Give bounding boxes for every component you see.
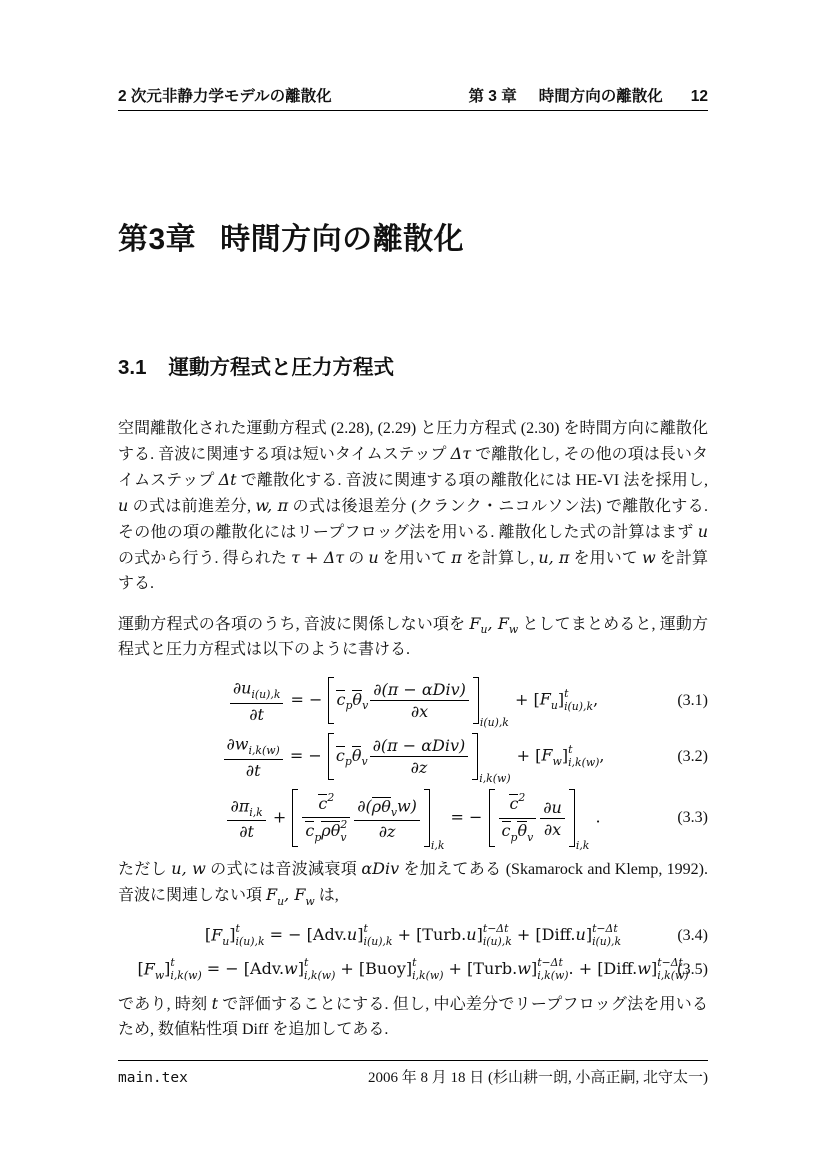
header-chapter-label: 第 3 章 [469,88,517,105]
math-var: i(u),k [564,700,593,713]
math-overbar: θ [352,746,362,765]
header-chapter-title: 時間方向の離散化 [539,88,663,105]
math-var: Δt [219,470,237,489]
math-var: ∂z [411,758,428,777]
math-var: t [363,922,367,935]
math-scripts: ti,k(w) [412,957,443,982]
math-denominator: ∂t [230,704,284,724]
math-var: ∂u [543,798,562,817]
math-scripts: 2v [340,819,347,844]
math-var: F [469,614,480,633]
math-base: θ [352,690,362,709]
math-base: [Diff.w] [597,959,657,978]
math-scripted: θv [381,795,397,819]
math-scripted: [Turb.u]t−Δti(u),k [416,923,512,948]
math-subscript: v [527,832,533,845]
math-base: F [540,690,551,709]
math-numerator: ∂(ρθvw) [354,795,420,821]
math-var: i,k(w) [568,756,599,769]
math-subscript: v [340,832,347,845]
math-var: θ [331,821,341,840]
math-var: w) [397,797,417,816]
math-var: ρ [372,797,381,816]
math-var: v [362,699,368,712]
math-overbar: c [502,821,511,840]
math-text: [Adv. [307,925,347,944]
math-subscript: w [509,624,518,637]
math-scripted: [Diff.w]t−Δti,k(w) [597,957,688,982]
right-bracket [473,677,479,724]
math-var: ∂(π − αDiv) [373,680,466,699]
math-numerator: ∂(π − αDiv) [370,736,469,757]
math-var: t [568,743,572,756]
equation-row: ∂ui(u),k∂t = − cpθv∂(π − αDiv)∂xi(u),k +… [118,677,708,724]
math-scripted: [Fu]ti(u),k [533,688,593,713]
math-var: w [305,895,314,908]
math-var: 2 [340,818,347,831]
math-var: t [412,956,416,969]
math-base: c [336,746,345,765]
math-denominator: cpρθ2v [302,818,350,844]
math-scripted: [Adv.u]ti(u),k [307,923,393,948]
math-fraction: c2cpθv [499,792,537,844]
math-text: = − [265,925,307,944]
equation-number: (3.5) [677,961,708,979]
math-denominator: ∂x [370,701,469,721]
inline-math: Fu, Fw [266,885,315,904]
math-var: ∂t [249,705,264,724]
math-text: + [335,959,359,978]
math-var: v [340,831,346,844]
math-scripted: cp [336,688,352,712]
math-base: [Buoy] [359,959,412,978]
math-var: u [551,699,558,712]
bracket-body: cpθv∂(π − αDiv)∂z [334,733,472,780]
inline-math: τ + Δτ [291,548,344,567]
math-var: ρ [321,821,330,840]
math-var: i,k [576,839,590,852]
equation: [Fw]ti,k(w) = − [Adv.w]ti,k(w) + [Buoy]t… [118,957,708,982]
math-var: Δτ [451,444,471,463]
math-var: w, π [255,496,288,515]
math-fraction: ∂πi,k∂t [227,795,265,841]
equation-number: (3.4) [677,927,708,945]
math-var: t [304,956,308,969]
math-var: F [540,690,551,709]
math-subscript: p [511,832,518,845]
math-var: i(u),k [592,935,621,948]
math-text: [Buoy] [359,959,412,978]
math-var: u [368,548,378,567]
math-denominator: ∂z [370,757,469,777]
inline-math: w [642,548,656,567]
right-bracket [424,789,430,847]
inline-math: αDiv [361,859,399,878]
math-subscript: p [345,756,352,769]
math-scripts: i,k(w) [248,733,279,757]
math-fraction: ∂ui(u),k∂t [230,677,284,723]
math-var: t [564,687,568,700]
math-text: , [599,746,604,765]
math-var: F [211,925,222,944]
math-scripts: v [527,820,533,844]
math-var: π [451,548,462,567]
inline-math: t [212,994,218,1013]
math-scripted: cp [336,744,352,768]
math-scripted: c2 [318,792,334,816]
bracket-body: c2cpρθ2v∂(ρθvw)∂z [298,789,424,847]
math-var: w [155,969,164,982]
header-chapter-mark: 第 3 章時間方向の離散化 [469,84,663,106]
math-base: c [305,821,314,840]
math-text: + [268,808,292,827]
math-var: p [345,699,352,712]
math-subscript [518,805,525,817]
document-page: 2 次元非静力学モデルの離散化 第 3 章時間方向の離散化 12 第3章時間方向… [0,0,826,1169]
math-var: u [576,925,586,944]
math-var: w [553,755,562,768]
math-bracket: cpθv∂(π − αDiv)∂z [328,733,478,780]
paragraph: であり, 時刻 t で評価することにする. 但し, 中心差分でリープフロッグ法を… [118,991,708,1042]
math-scripted: [Turb.w]t−Δti,k(w) [467,957,568,982]
equation-row: [Fu]ti(u),k = − [Adv.u]ti(u),k + [Turb.u… [118,923,708,948]
math-var: w [637,959,651,978]
math-scripts: 2 [327,792,334,816]
math-var: i,k(w) [304,969,335,982]
math-var: θ [352,690,362,709]
bracket-subscript: i,k [431,839,445,852]
math-denominator: ∂x [540,819,565,839]
math-base: ∂u [233,679,252,698]
math-var: ∂z [379,822,396,841]
math-numerator: ∂wi,k(w) [224,733,283,759]
math-var: v [527,831,533,844]
math-subscript: p [345,700,352,713]
math-bracket: c2cpρθ2v∂(ρθvw)∂z [292,789,430,847]
math-scripted: [Diff.u]t−Δti(u),k [535,923,621,948]
math-base: [Diff.u] [535,925,592,944]
math-scripted: Fw [144,958,164,982]
math-base: θ [331,821,341,840]
math-subscript: w [305,896,314,909]
math-text: = − [285,746,327,765]
bracket-body: c2cpθv∂u∂x [495,789,569,847]
math-scripts: t−Δti,k(w) [537,957,568,982]
math-var: i(u),k [363,935,392,948]
math-scripts: i,k [249,795,263,819]
math-base: [Fu] [533,690,564,709]
math-scripted: Fu [266,882,284,908]
inline-math: w, π [255,496,288,515]
math-var: w [284,959,298,978]
math-subscript: i,k [249,807,263,820]
math-scripted: Fu [540,688,558,712]
math-scripts: w [155,958,164,982]
bracket-subscript: i,k [576,839,590,852]
math-scripted: Fw [498,611,518,637]
math-var: u [466,925,476,944]
math-subscript: i(u),k [251,689,280,702]
math-scripted: [Fw]ti,k(w) [137,957,201,982]
math-var: v [361,755,367,768]
math-text: [Turb. [416,925,466,944]
math-text: [Diff. [597,959,637,978]
math-base: θ [381,797,391,816]
math-denominator: ∂t [224,760,283,780]
paragraph: ただし u, w の式には音波減衰項 αDiv を加えてある (Skamaroc… [118,856,708,908]
page-number: 12 [691,88,708,106]
math-fraction: ∂(π − αDiv)∂z [370,736,469,777]
math-scripted: cp [305,820,321,844]
equation-number: (3.1) [677,692,708,710]
footer-line: main.tex 2006 年 8 月 18 日 (杉山耕一朗, 小高正嗣, 北… [118,1066,708,1087]
inline-math: u, π [538,548,569,567]
math-var: i,k(w) [537,969,568,982]
inline-math: π [451,548,462,567]
math-var: , [284,885,294,904]
math-var: ∂u [233,679,252,698]
math-scripted: θv [517,820,533,844]
math-var: i,k [431,839,445,852]
math-scripted: c2 [509,792,525,816]
math-base: F [266,885,277,904]
math-denominator: ∂z [354,821,420,841]
math-base: [Turb.w] [467,959,537,978]
math-var: ∂(π − αDiv) [373,736,466,755]
math-scripts: v [362,688,368,712]
header-rule [118,110,708,111]
math-var: i(u),k [480,716,509,729]
math-base: [Adv.w] [244,959,304,978]
math-bracket-group: cpθv∂(π − αDiv)∂zi,k(w) [328,733,511,780]
math-var: ∂( [357,797,372,816]
math-var: u [698,522,708,541]
bracket-subscript: i,k(w) [479,772,510,785]
math-overbar: θ [331,821,341,840]
math-var: w [642,548,656,567]
inline-math: u [118,496,128,515]
math-scripts: w [509,612,518,636]
math-scripts: ti(u),k [564,688,593,713]
footer-date-authors: 2006 年 8 月 18 日 (杉山耕一朗, 小高正嗣, 北守太一) [368,1066,708,1087]
math-subscript: i,k(w) [248,745,279,758]
math-base: F [294,885,305,904]
math-fraction: ∂(π − αDiv)∂x [370,680,469,721]
math-base: c [318,794,327,813]
math-var: c [305,821,314,840]
math-text: [Turb. [467,959,517,978]
math-subscript: i,k(w) [412,970,443,983]
math-numerator: ∂πi,k [227,795,265,821]
math-numerator: ∂ui(u),k [230,677,284,703]
math-base: [Fw] [137,959,170,978]
math-bracket: cpθv∂(π − αDiv)∂x [328,677,478,724]
math-scripts: t−Δti(u),k [483,923,512,948]
math-scripts: w [305,884,314,908]
math-var: ∂t [246,761,261,780]
math-overbar: c [318,794,327,813]
math-subscript: i,k(w) [304,970,335,983]
math-text: + [443,959,467,978]
math-scripted: Fw [541,744,561,768]
math-var: t [212,994,218,1013]
math-var: u [347,925,357,944]
math-var: F [266,885,277,904]
footer-rule [118,1060,708,1061]
math-var: i,k [249,806,263,819]
math-scripts: p [345,688,352,712]
math-base: F [211,925,222,944]
math-var: c [318,794,327,813]
math-scripted: ∂wi,k(w) [227,733,280,757]
math-subscript: v [362,700,368,713]
math-base: F [498,614,509,633]
math-bracket-group: c2cpρθ2v∂(ρθvw)∂zi,k [292,789,444,847]
inline-math: u [698,522,708,541]
page-content: 2 次元非静力学モデルの離散化 第 3 章時間方向の離散化 12 第3章時間方向… [118,0,708,1057]
math-overbar: ρ [372,797,381,816]
math-var: i,k(w) [170,969,201,982]
math-subscript: i(u),k [592,936,621,949]
equation-row: ∂πi,k∂t + c2cpρθ2v∂(ρθvw)∂zi,k = − c2cpθ… [118,789,708,847]
math-var: c [502,821,511,840]
math-scripted: Fu [469,611,487,637]
math-text: , [593,690,598,709]
math-subscript: i,k(w) [568,757,599,770]
math-text: [Diff. [535,925,575,944]
math-subscript: u [551,700,558,713]
equation: ∂wi,k(w)∂t = − cpθv∂(π − αDiv)∂zi,k(w) +… [118,733,708,780]
math-var: i(u),k [483,935,512,948]
math-var: t−Δt [537,956,563,969]
math-var: i,k(w) [479,772,510,785]
math-superscript: 2 [518,792,525,805]
equation: ∂πi,k∂t + c2cpρθ2v∂(ρθvw)∂zi,k = − c2cpθ… [118,789,708,847]
math-var: p [511,831,518,844]
math-base: θ [352,746,362,765]
math-text: + [512,746,536,765]
inline-math: Δt [219,470,237,489]
equation-number: (3.2) [677,748,708,766]
math-subscript: v [361,756,367,769]
math-text: + [512,925,536,944]
math-text: [Adv. [244,959,284,978]
math-var: F [144,959,155,978]
chapter-number: 第3章 [118,223,196,256]
math-var: ∂π [230,797,249,816]
math-var: i,k(w) [248,744,279,757]
math-scripted: ∂ui(u),k [233,677,281,701]
math-numerator: ∂(π − αDiv) [370,680,469,701]
math-scripts: ti,k(w) [568,744,599,769]
math-var: ∂x [411,702,428,721]
math-var: ∂x [544,820,561,839]
math-scripts: u [551,688,558,712]
math-bracket-group: cpθv∂(π − αDiv)∂xi(u),k [328,677,508,724]
math-var: i(u),k [251,688,280,701]
math-numerator: c2 [499,792,537,818]
math-var: θ [517,821,527,840]
equation: [Fu]ti(u),k = − [Adv.u]ti(u),k + [Turb.u… [118,923,708,948]
math-subscript: i(u),k [564,701,593,714]
math-var: , [487,614,497,633]
math-var: u, π [538,548,569,567]
math-numerator: c2 [302,792,350,818]
math-base: [Fu] [205,925,236,944]
math-var: 2 [327,791,334,804]
inline-math: u, w [171,859,206,878]
math-var: F [294,885,305,904]
math-scripts: ti,k(w) [170,957,201,982]
math-base: F [144,959,155,978]
math-subscript: i(u),k [236,936,265,949]
math-scripts: w [553,744,562,768]
math-var: θ [381,797,391,816]
math-scripted: cp [502,820,518,844]
math-scripted: θv [352,744,368,768]
math-var: u, w [171,859,206,878]
math-scripts: v [361,744,367,768]
math-scripts: p [345,744,352,768]
math-subscript: i(u),k [363,936,392,949]
math-scripted: [Fw]ti,k(w) [535,744,599,769]
math-scripts: i(u),k [251,677,280,701]
math-overbar: θ [517,821,527,840]
math-var: w [517,959,531,978]
math-subscript: i,k(w) [537,970,568,983]
math-scripted: Fu [211,924,229,948]
math-base: [Adv.u] [307,925,364,944]
math-base: c [502,821,511,840]
math-scripted: [Adv.w]ti,k(w) [244,957,336,982]
math-text: = − [202,959,244,978]
math-var: u [118,496,128,515]
math-var: c [336,746,345,765]
math-subscript [327,805,334,817]
math-base: ∂π [230,797,249,816]
section-title: 運動方程式と圧力方程式 [169,356,395,379]
math-overbar: c [305,821,314,840]
math-base: ∂w [227,735,249,754]
math-scripted: [Fu]ti(u),k [205,923,265,948]
math-fraction: ∂wi,k(w)∂t [224,733,283,779]
equation-row: ∂wi,k(w)∂t = − cpθv∂(π − αDiv)∂zi,k(w) +… [118,733,708,780]
math-scripts: ti,k(w) [304,957,335,982]
page-header: 2 次元非静力学モデルの離散化 第 3 章時間方向の離散化 12 [118,0,708,106]
bracket-subscript: i(u),k [480,716,509,729]
math-fraction: c2cpρθ2v [302,792,350,844]
math-var: t−Δt [592,922,618,935]
equation-number: (3.3) [677,809,708,827]
math-text: . + [569,959,598,978]
math-subscript: i,k(w) [170,970,201,983]
math-base: c [336,690,345,709]
math-var: τ + Δτ [291,548,344,567]
math-var: t [170,956,174,969]
math-base: F [469,614,480,633]
math-numerator: ∂u [540,798,565,819]
math-text: + [392,925,416,944]
math-denominator: cpθv [499,819,537,844]
math-var: θ [352,746,362,765]
inline-math: Δτ [451,444,471,463]
inline-math: u [368,548,378,567]
math-base: [Fw] [535,746,568,765]
right-bracket [472,733,478,780]
header-left-mark: 2 次元非静力学モデルの離散化 [118,84,332,106]
math-scripts: p [511,820,518,844]
math-scripts: ti(u),k [236,923,265,948]
